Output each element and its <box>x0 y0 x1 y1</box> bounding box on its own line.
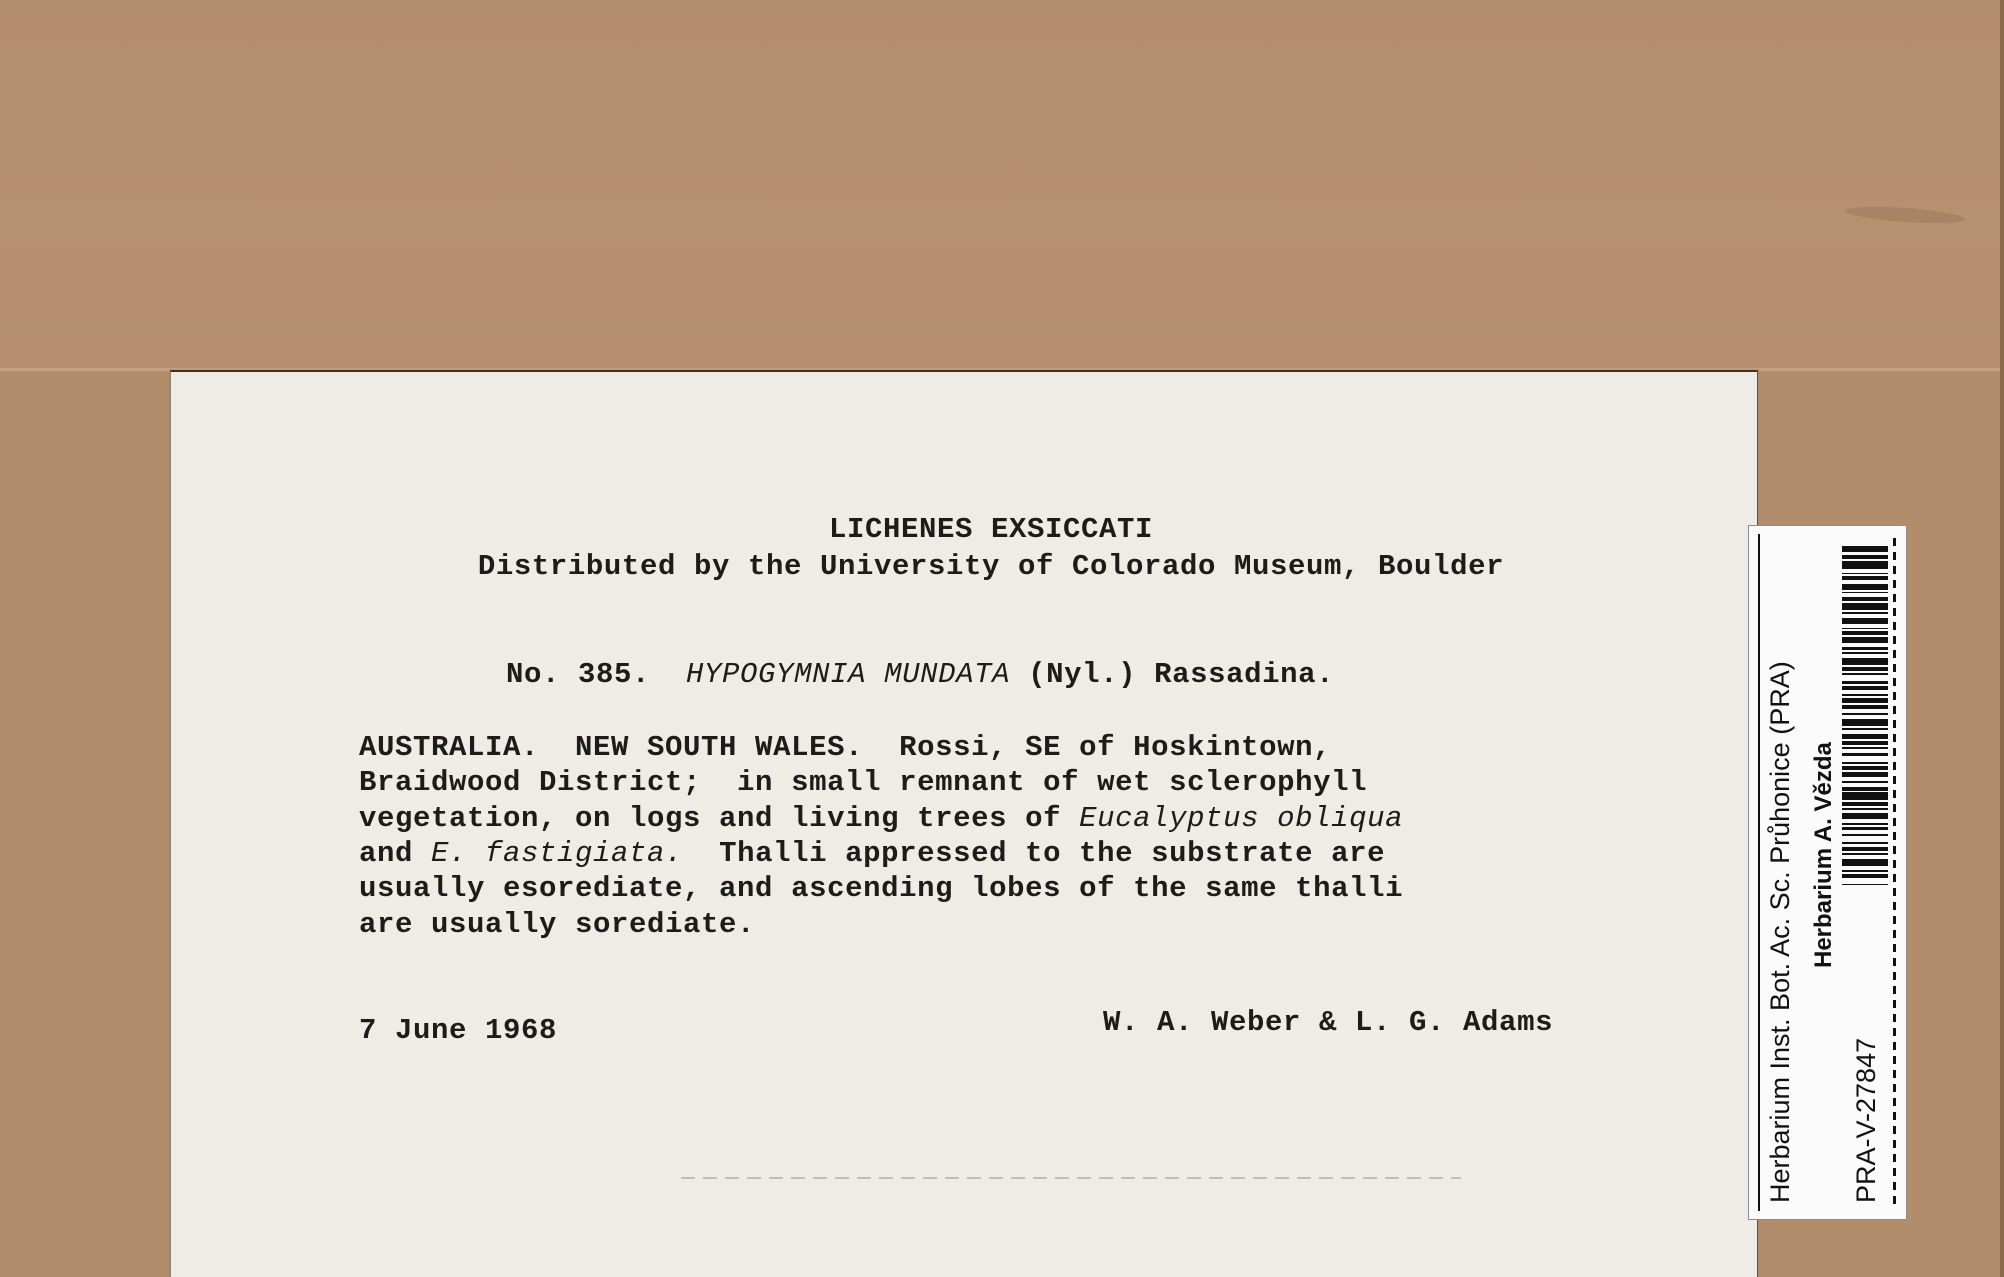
taxon-name: HYPOGYMNIA MUNDATA <box>686 658 1010 691</box>
taxon-line: No. 385. HYPOGYMNIA MUNDATA (Nyl.) Rassa… <box>506 658 1334 691</box>
locality-text: usually esorediate, and ascending lobes … <box>359 872 1403 905</box>
collectors: W. A. Weber & L. G. Adams <box>1103 1006 1553 1039</box>
locality-line: vegetation, on logs and living trees of … <box>359 802 1403 835</box>
mount-sheet-edge <box>2000 0 2004 1277</box>
locality-text: and <box>359 837 431 870</box>
locality-text: Braidwood District; in small remnant of … <box>359 766 1367 799</box>
collection-name: Herbarium A. Vězda <box>1810 742 1838 968</box>
locality-line: and E. fastigiata. Thalli appressed to t… <box>359 837 1385 870</box>
series-title: LICHENES EXSICCATI <box>829 513 1153 546</box>
locality-text: are usually sorediate. <box>359 908 755 941</box>
faint-rule <box>681 1177 1461 1179</box>
taxon-name: Eucalyptus obliqua <box>1079 802 1403 835</box>
label-rule <box>1758 534 1760 1211</box>
cut-line <box>1893 538 1896 1208</box>
herbarium-barcode-label: Herbarium Inst. Bot. Ac. Sc. Průhonice (… <box>1748 525 1907 1220</box>
mount-sheet-top <box>0 0 2004 370</box>
collection-date: 7 June 1968 <box>359 1014 557 1047</box>
specimen-id: PRA-V-27847 <box>1851 1038 1882 1203</box>
locality-text: vegetation, on logs and living trees of <box>359 802 1079 835</box>
locality-line: usually esorediate, and ascending lobes … <box>359 872 1403 905</box>
locality-text: Thalli appressed to the substrate are <box>683 837 1385 870</box>
institution-name: Herbarium Inst. Bot. Ac. Sc. Průhonice (… <box>1765 661 1796 1203</box>
taxon-author: (Nyl.) Rassadina. <box>1028 658 1334 691</box>
locality-line: are usually sorediate. <box>359 908 755 941</box>
locality-text: AUSTRALIA. NEW SOUTH WALES. Rossi, SE of… <box>359 731 1331 764</box>
locality-line: Braidwood District; in small remnant of … <box>359 766 1367 799</box>
specimen-label: LICHENES EXSICCATI Distributed by the Un… <box>170 370 1758 1277</box>
exsiccata-number: No. 385. <box>506 658 650 691</box>
locality-line: AUSTRALIA. NEW SOUTH WALES. Rossi, SE of… <box>359 731 1331 764</box>
distributor-line: Distributed by the University of Colorad… <box>478 550 1504 583</box>
taxon-name: E. fastigiata. <box>431 837 683 870</box>
barcode-icon <box>1842 546 1888 940</box>
